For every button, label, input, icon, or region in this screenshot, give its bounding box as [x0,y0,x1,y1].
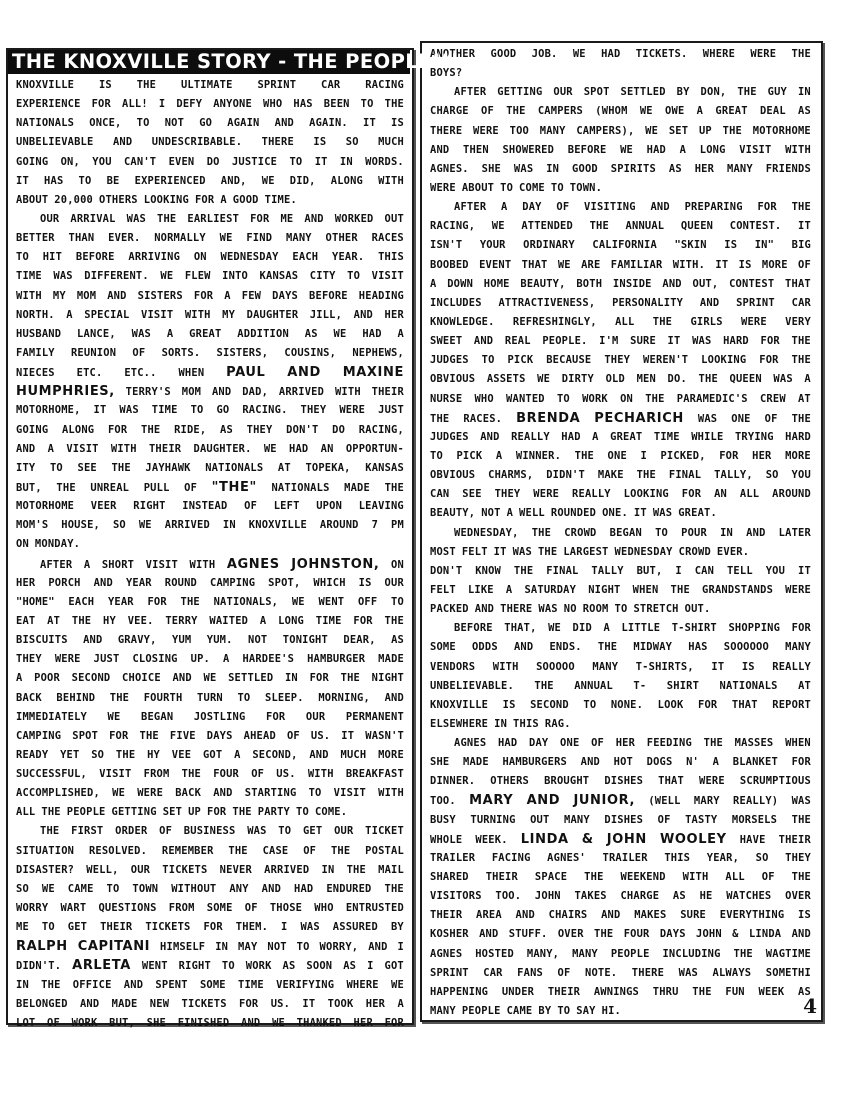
word: US. [271,995,290,1014]
word: BY [391,918,404,937]
word: ON [391,556,404,575]
word: IS [313,133,326,152]
word: MADE [463,753,489,772]
text-line: CANSEETHEYWEREREALLYLOOKINGFORANALLAROUN… [430,485,811,504]
word: BEHIND [56,689,95,708]
text-line: IMMEDIATELYWEBEGANJOSTLINGFOROURPERMANEN… [16,708,404,727]
word: AS [305,325,318,344]
word: AROUND [320,516,359,535]
word: FIRST [71,822,103,841]
word: FOR [682,485,701,504]
word: TICKETS [145,918,190,937]
word: AND [581,753,600,772]
word: IT [94,401,107,420]
word: TRAILER [430,849,475,868]
word: WITHOUT [171,880,216,899]
word: HI. [602,1002,621,1021]
text-line: AFTERGETTINGOURSPOTSETTLEDBYDON,THEGUYIN [430,83,811,102]
word: WE [492,217,505,236]
word: MASSES [735,734,774,753]
word: TO [309,784,322,803]
word: TO [191,401,204,420]
highlighted-name: RALPH [16,937,68,956]
word: THOSE [270,899,302,918]
word: FOR [239,995,258,1014]
word: SHOPPING [728,619,780,638]
word: REALLY [572,485,611,504]
highlighted-name: LINDA [521,830,569,849]
word: THE [430,410,449,429]
word: TO [79,172,92,191]
word: WAS [513,543,532,562]
text-line: BEAUTY,NOTAWELLROUNDEDONE.ITWASGREAT. [430,504,811,523]
word: RESOLVED. [89,842,147,861]
word: ALL [615,313,634,332]
word: WITH [335,383,361,402]
text-line: ELSEWHEREINTHISRAG. [430,715,811,734]
word: ELSEWHERE [430,715,488,734]
word: WE [272,1014,285,1033]
word: HY [147,746,160,765]
word: IN [720,524,733,543]
word: T- [633,677,646,696]
word: THE [598,638,617,657]
text-line: BETTERTHANEVER.NORMALLYWEFINDMANYOTHERRA… [16,229,404,248]
word: WE [620,141,633,160]
word: THE [792,868,811,887]
word: OPPORTUN- [346,440,404,459]
text-line: VENDORSWITHSOOOOOMANYT-SHIRTS,ITISREALLY [430,658,811,677]
word: WERE [785,581,811,600]
word: HAD [294,880,313,899]
word: PEOPLE. [542,332,587,351]
word: KNOXVILLE [249,516,307,535]
word: AND [368,938,387,957]
word: FOR [194,287,213,306]
word: IS [742,658,755,677]
text-line: PACKEDANDTHEREWASNOROOMTOSTRETCHOUT. [430,600,811,619]
word: WAS [247,822,266,841]
highlighted-name: PAUL [226,363,265,382]
word: STRETCH [633,600,678,619]
word: GOING [16,153,48,172]
word: HIMSELF [160,938,205,957]
word: HER [385,306,404,325]
word: HAMBURGER [307,650,365,669]
text-line: OBVIOUSASSETSWEDIRTYOLDMENDO.THEQUEENWAS… [430,370,811,389]
word: FOR [310,669,329,688]
word: TO [615,600,628,619]
text-line: JUDGESTOPICKBECAUSETHEYWEREN'TLOOKINGFOR… [430,351,811,370]
word: YEAR. [332,248,364,267]
word: ALL [16,803,35,822]
word: FOR [759,351,778,370]
word: AND [172,669,191,688]
word: GREAT [189,325,221,344]
word: OUR [334,822,353,841]
word: WE [108,708,121,727]
word: STUFF. [509,925,548,944]
word: MAIL [378,861,404,880]
word: I [675,562,681,581]
word: GRANDSTANDS [702,581,773,600]
word: MY [53,287,66,306]
word: TOOK [328,995,354,1014]
word: AND [309,746,328,765]
word: FELT [430,581,456,600]
word: FIND [246,229,272,248]
text-line: SHAREDTHEIRSPACETHEWEEKENDWITHALLOFTHE [430,868,811,887]
word: EVENT [479,256,511,275]
word: FELT [462,543,488,562]
word: I [398,938,404,957]
word: HOSTED [475,945,514,964]
word: THE [534,677,553,696]
highlighted-name: PECHARICH [594,409,684,428]
word: HEADING [359,287,404,306]
word: AND [80,995,99,1014]
word: (WELL [648,792,680,811]
word: RACES [372,229,404,248]
highlighted-name: "THE" [212,478,257,497]
word: THE [514,562,533,581]
word: FOR [108,421,127,440]
word: A [430,275,436,294]
word: MOTORHOME, [16,401,81,420]
word: THE [704,734,723,753]
word: TO [278,822,291,841]
word: FINAL [669,466,701,485]
word: WAS [653,504,672,523]
word: REAL [505,332,531,351]
word: THANKED [297,1014,342,1033]
word: ROUND [165,574,197,593]
word: WHOLE [430,831,462,850]
word: TRYING [735,428,774,447]
word: WAS [538,600,557,619]
word: TIME [654,428,680,447]
text-line: ANOTHERGOODJOB.WEHADTICKETS.WHEREWERETHE [430,45,811,64]
word: A [84,556,90,575]
word: CAMPERS), [576,122,634,141]
word: UP. [191,650,210,669]
word: NEVER [220,861,252,880]
word: THEY [604,351,630,370]
word: TURN [197,689,223,708]
word: UPON [316,497,342,516]
text-line: BISCUITSANDGRAVY,YUMYUM.NOTTONIGHTDEAR,A… [16,631,404,650]
word: MORSELS [732,811,777,830]
word: MOM'S [16,516,48,535]
word: DEAL [760,102,786,121]
word: FAMILY [16,344,55,363]
word: WENT [142,957,168,976]
word: AND [304,210,323,229]
word: ALL [725,868,744,887]
word: NIGHT [588,581,620,600]
word: BIG [792,236,811,255]
word: OF [47,1014,60,1033]
word: ETC.. [124,364,156,383]
word: SEE [462,485,481,504]
word: REMEMBER [162,842,214,861]
word: HAMBURGERS [502,753,567,772]
word: DEAR, [343,631,375,650]
word: BELONGED [16,995,68,1014]
word: FOR [92,95,111,114]
word: AND [514,638,533,657]
word: UNDER [502,983,534,1002]
word: ALL [740,485,759,504]
word: WHILE [691,428,723,447]
word: YEAR [108,593,134,612]
word: MORE [762,256,788,275]
word: AND [475,600,494,619]
word: THE [671,581,690,600]
text-line: KNOXVILLEISSECONDTONONE.LOOKFORTHATREPOR… [430,696,811,715]
word: SUCCESSFUL, [16,765,87,784]
word: BEGAN [610,524,642,543]
word: SPACE [535,868,567,887]
word: THEIR [149,440,181,459]
text-line: SUCCESSFUL,VISITFROMTHEFOUROFUS.WITHBREA… [16,765,404,784]
word: YUM [172,631,191,650]
word: AND [601,906,620,925]
word: & [732,925,738,944]
word: SECOND, [252,746,297,765]
word: JUDGES [430,428,469,447]
word: CAME [68,880,94,899]
word: A [398,325,404,344]
word: BACK [16,689,42,708]
word: WELL, [86,861,118,880]
text-line: DINNER.OTHERSBROUGHTDISHESTHATWERESCRUMP… [430,772,811,791]
word: WERE [473,122,499,141]
text-line: ADOWNHOMEBEAUTY,BOTHINSIDEANDOUT,CONTEST… [430,275,811,294]
word: THE [590,217,609,236]
word: WAS [300,918,319,937]
word: EACH [292,248,318,267]
word: WORK [72,1014,98,1033]
word: TERRY'S [126,383,171,402]
text-line: EATATTHEHYVEE.TERRYWAITEDALONGTIMEFORTHE [16,612,404,631]
word: A [680,141,686,160]
word: GETTING [497,83,542,102]
word: SATURDAY [524,581,576,600]
word: CHOICE [122,669,161,688]
word: DIDN'T [546,466,585,485]
word: WHERE [346,976,378,995]
word: RIGHT [133,497,165,516]
word: FUN [725,983,744,1002]
word: MANY [727,160,753,179]
word: SOOOOO [536,658,575,677]
word: THAT [785,275,811,294]
word: THIS [513,715,539,734]
word: CAR [792,294,811,313]
word: A [397,995,403,1014]
word: WEDNESDAY [615,543,673,562]
word: AREA [476,906,502,925]
word: KNOXVILLE [430,696,488,715]
word: ARRIVING [128,248,180,267]
word: ONE [608,447,627,466]
word: TOWN [132,880,158,899]
word: CREW [760,390,786,409]
word: INSIDE [613,275,652,294]
word: REPORT [772,696,811,715]
word: OF [251,765,264,784]
text-line: ABOUT20,000OTHERSLOOKINGFORAGOODTIME. [16,191,404,210]
word: AND [212,383,231,402]
word: NEW [150,995,169,1014]
word: ENTRUSTED [346,899,404,918]
word: TIME [238,976,264,995]
word: WITH [111,440,137,459]
word: THEY [495,485,521,504]
word: BROUGHT [544,772,589,791]
word: JUSTICE [232,153,277,172]
text-line: KNOWLEDGE.REFRESHINGLY,ALLTHEGIRLSWEREVE… [430,313,811,332]
word: INCLUDING [662,945,720,964]
word: I [367,957,373,976]
word: CAN [430,485,449,504]
word: AFTER [454,83,486,102]
word: KNOW [475,562,501,581]
word: FANS [517,964,543,983]
word: WEEK. [475,831,507,850]
word: VISIT [334,784,366,803]
word: AFTER [454,198,486,217]
word: HOUSE, [61,516,100,535]
word: AS [283,957,296,976]
word: TO [296,803,309,822]
word: RIDE, [174,421,206,440]
word: IT [363,114,376,133]
word: THEY [785,849,811,868]
word: TO [16,248,29,267]
word: GOT [385,957,404,976]
word: OFFICE [73,976,112,995]
word: IN [16,976,29,995]
word: IS [798,906,811,925]
word: ACCOMPLISHED, [16,784,100,803]
word: AGNES [454,734,486,753]
word: WE [264,440,277,459]
word: THE [110,689,129,708]
word: IS [739,256,752,275]
word: DO [207,153,220,172]
word: KANSAS [365,459,404,478]
word: THE [792,351,811,370]
word: AND [124,976,143,995]
word: HAVE [740,831,766,850]
word: AND [354,306,373,325]
word: BETTER [16,229,55,248]
word: OF [132,344,145,363]
word: WART [60,899,86,918]
word: TRAILER [603,849,648,868]
word: SPIRITS [611,160,656,179]
word: HER [16,574,35,593]
word: WORKED [335,210,374,229]
word: COME [519,179,545,198]
word: AGAIN [227,114,259,133]
word: MAY [238,938,257,957]
word: TIME [152,401,178,420]
word: GOOD [572,160,598,179]
word: ABOUT [16,191,48,210]
word: IS [359,574,372,593]
word: ANNUAL [574,677,613,696]
text-line: HAPPENINGUNDERTHEIRAWNINGSTHRUTHEFUNWEEK… [430,983,811,1002]
word: TIME [16,267,42,286]
text-line: GOINGALONGFORTHERIDE,ASTHEYDON'TDORACING… [16,421,404,440]
word: FROM [169,899,195,918]
text-line: WORRYWARTQUESTIONSFROMSOMEOFTHOSEWHOENTR… [16,899,404,918]
word: HOME [484,275,510,294]
word: GRAVY, [118,631,157,650]
page-number: 4 [803,994,817,1018]
word: BY [538,1002,551,1021]
word: IN [494,715,507,734]
word: DEFY [176,95,202,114]
word: TOWN. [570,179,602,198]
word: THE [637,466,656,485]
word: WORK [246,957,272,976]
word: THE [792,410,811,429]
word: GOING [16,421,48,440]
word: IT [715,256,728,275]
word: JAYHAWK [145,459,190,478]
word: THERE [632,964,664,983]
word: MANY [286,229,312,248]
word: FOR [719,447,738,466]
word: SHARED [430,868,469,887]
word: WEEK [758,983,784,1002]
text-line: RACING,WEATTENDEDTHEANNUALQUEENCONTEST.I… [430,217,811,236]
word: THIS [664,849,690,868]
word: IN [798,83,811,102]
word: A [506,581,512,600]
text-line: JUDGESANDREALLYHADAGREATTIMEWHILETRYINGH… [430,428,811,447]
word: DISASTER? [16,861,74,880]
word: ROOM [583,600,609,619]
word: PICKED, [660,447,705,466]
word: GIRLS [690,313,722,332]
word: LEFT [274,497,300,516]
word: AT [798,677,811,696]
word: WITH [785,141,811,160]
word: FOR [266,708,285,727]
highlighted-name: AGNES [227,555,280,574]
word: OF [798,256,811,275]
text-line: BACKBEHINDTHEFOURTHTURNTOSLEEP.MORNING,A… [16,689,404,708]
word: WHERE [703,45,735,64]
word: FOR [385,1014,404,1033]
word: TO [500,179,513,198]
word: SORTS. [162,344,201,363]
word: SOME [207,899,233,918]
word: INSTEAD [182,497,227,516]
word: ONCE, [89,114,121,133]
word: GO [199,114,212,133]
word: THEY [247,421,273,440]
word: ARRIVED [264,861,309,880]
word: OUT [385,210,404,229]
word: AND [700,294,719,313]
word: SLEEP. [265,689,304,708]
